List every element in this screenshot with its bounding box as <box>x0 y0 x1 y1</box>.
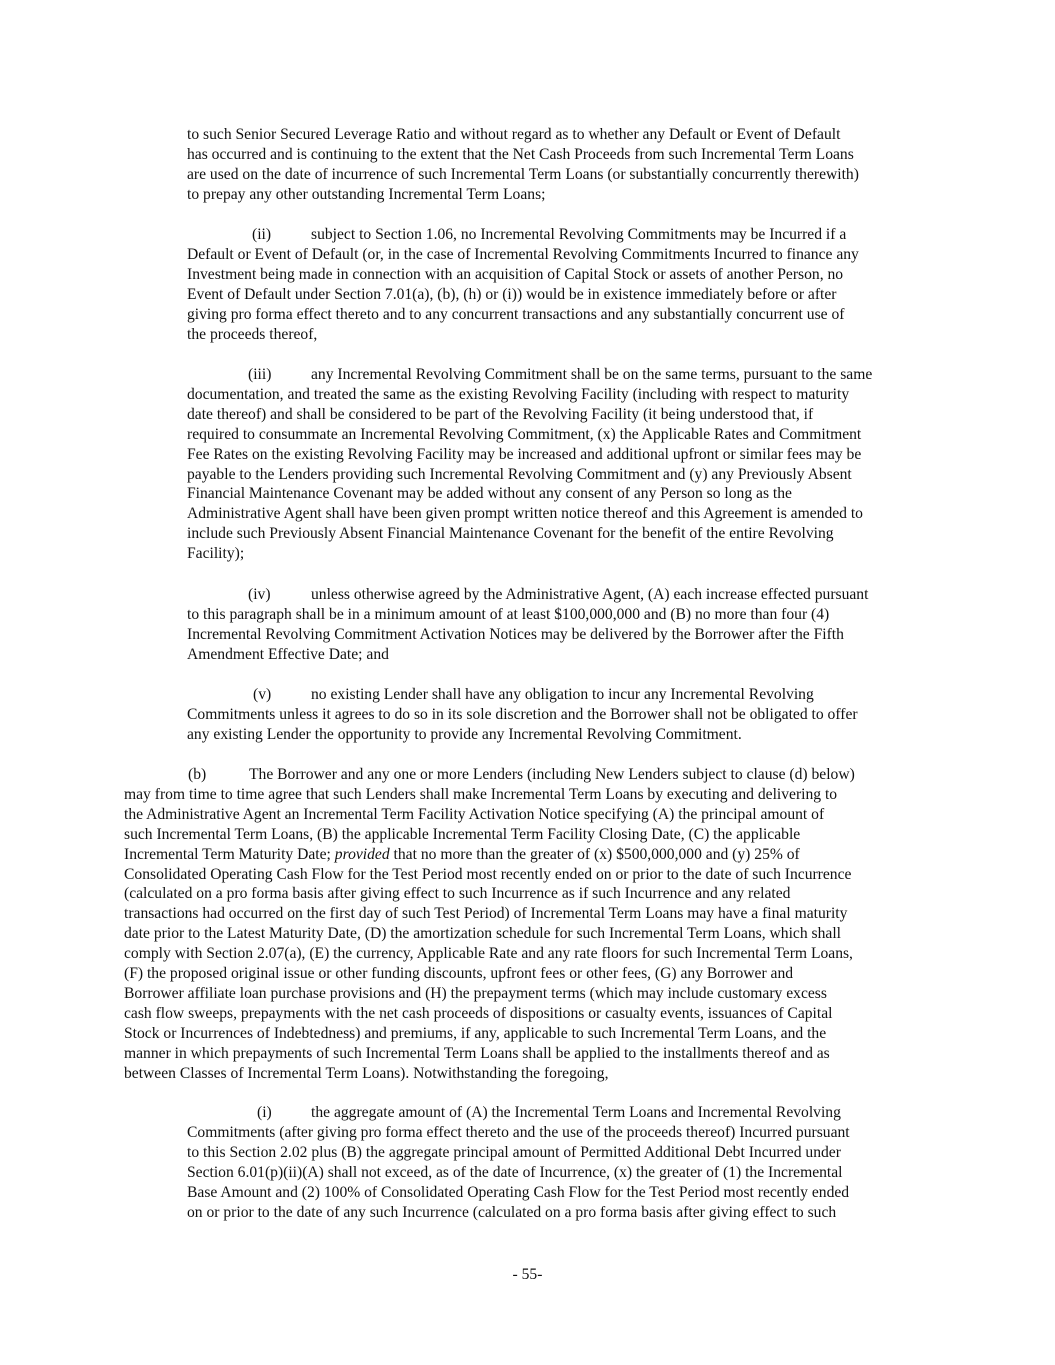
text-line: Commitments unless it agrees to do so in… <box>187 705 935 725</box>
clause-ii: (ii) subject to Section 1.06, no Increme… <box>187 225 935 344</box>
text-line: subject to Section 1.06, no Incremental … <box>311 225 846 245</box>
text-line: to such Senior Secured Leverage Ratio an… <box>187 125 935 145</box>
text-line: any Incremental Revolving Commitment sha… <box>311 365 872 385</box>
clause-label: (iii) <box>248 365 271 385</box>
italic-term: provided <box>335 846 390 863</box>
text-line: Incremental Revolving Commitment Activat… <box>187 625 935 645</box>
text-line: Commitments (after giving pro forma effe… <box>187 1123 935 1143</box>
text-fragment: Incremental Term Maturity Date; <box>124 846 335 863</box>
text-line: Section 6.01(p)(ii)(A) shall not exceed,… <box>187 1163 935 1183</box>
text-line: Event of Default under Section 7.01(a), … <box>187 285 935 305</box>
text-fragment: that no more than the greater of (x) $50… <box>390 846 800 863</box>
text-line: transactions had occurred on the first d… <box>124 904 936 924</box>
text-line: cash flow sweeps, prepayments with the n… <box>124 1004 936 1024</box>
text-line: to this Section 2.02 plus (B) the aggreg… <box>187 1143 935 1163</box>
clause-b-i: (i) the aggregate amount of (A) the Incr… <box>187 1103 935 1222</box>
text-line: between Classes of Incremental Term Loan… <box>124 1064 936 1084</box>
text-line: Base Amount and (2) 100% of Consolidated… <box>187 1183 935 1203</box>
text-line: documentation, and treated the same as t… <box>187 385 935 405</box>
text-line: The Borrower and any one or more Lenders… <box>249 765 855 785</box>
text-line: the aggregate amount of (A) the Incremen… <box>311 1103 841 1123</box>
clause-label: (i) <box>257 1103 272 1123</box>
clause-label: (iv) <box>248 585 271 605</box>
text-line: (calculated on a pro forma basis after g… <box>124 884 936 904</box>
text-line: Stock or Incurrences of Indebtedness) an… <box>124 1024 936 1044</box>
clause-label: (ii) <box>252 225 271 245</box>
text-line: are used on the date of incurrence of su… <box>187 165 935 185</box>
text-line: has occurred and is continuing to the ex… <box>187 145 935 165</box>
page-number: - 55- <box>0 1265 1055 1285</box>
text-line: (F) the proposed original issue or other… <box>124 964 936 984</box>
document-page: to such Senior Secured Leverage Ratio an… <box>0 0 1055 1365</box>
clause-label: (v) <box>253 685 271 705</box>
text-line: Investment being made in connection with… <box>187 265 935 285</box>
text-line: Consolidated Operating Cash Flow for the… <box>124 865 936 885</box>
text-line: Administrative Agent shall have been giv… <box>187 504 935 524</box>
text-line: required to consummate an Incremental Re… <box>187 425 935 445</box>
text-line: Financial Maintenance Covenant may be ad… <box>187 484 935 504</box>
text-line: to prepay any other outstanding Incremen… <box>187 185 935 205</box>
text-line: no existing Lender shall have any obliga… <box>311 685 814 705</box>
text-line: include such Previously Absent Financial… <box>187 524 935 544</box>
text-line: to this paragraph shall be in a minimum … <box>187 605 935 625</box>
text-line: on or prior to the date of any such Incu… <box>187 1203 935 1223</box>
text-line: Facility); <box>187 544 935 564</box>
text-line: the Administrative Agent an Incremental … <box>124 805 936 825</box>
text-line: such Incremental Term Loans, (B) the app… <box>124 825 936 845</box>
text-line: Borrower affiliate loan purchase provisi… <box>124 984 936 1004</box>
text-line: giving pro forma effect thereto and to a… <box>187 305 935 325</box>
text-line: payable to the Lenders providing such In… <box>187 465 935 485</box>
text-line: Amendment Effective Date; and <box>187 645 935 665</box>
text-line: may from time to time agree that such Le… <box>124 785 936 805</box>
text-line-with-italic: Incremental Term Maturity Date; provided… <box>124 845 936 865</box>
text-line: any existing Lender the opportunity to p… <box>187 725 935 745</box>
text-line: date thereof) and shall be considered to… <box>187 405 935 425</box>
continuation-paragraph: to such Senior Secured Leverage Ratio an… <box>187 125 935 205</box>
text-line: date prior to the Latest Maturity Date, … <box>124 924 936 944</box>
clause-iv: (iv) unless otherwise agreed by the Admi… <box>187 585 935 665</box>
text-line: comply with Section 2.07(a), (E) the cur… <box>124 944 936 964</box>
paragraph-label: (b) <box>188 765 206 785</box>
text-line: Fee Rates on the existing Revolving Faci… <box>187 445 935 465</box>
clause-v: (v) no existing Lender shall have any ob… <box>187 685 935 745</box>
clause-iii: (iii) any Incremental Revolving Commitme… <box>187 365 935 564</box>
text-line: the proceeds thereof, <box>187 325 935 345</box>
text-line: Default or Event of Default (or, in the … <box>187 245 935 265</box>
text-line: manner in which prepayments of such Incr… <box>124 1044 936 1064</box>
text-line: unless otherwise agreed by the Administr… <box>311 585 868 605</box>
paragraph-b: (b) The Borrower and any one or more Len… <box>124 765 936 1083</box>
